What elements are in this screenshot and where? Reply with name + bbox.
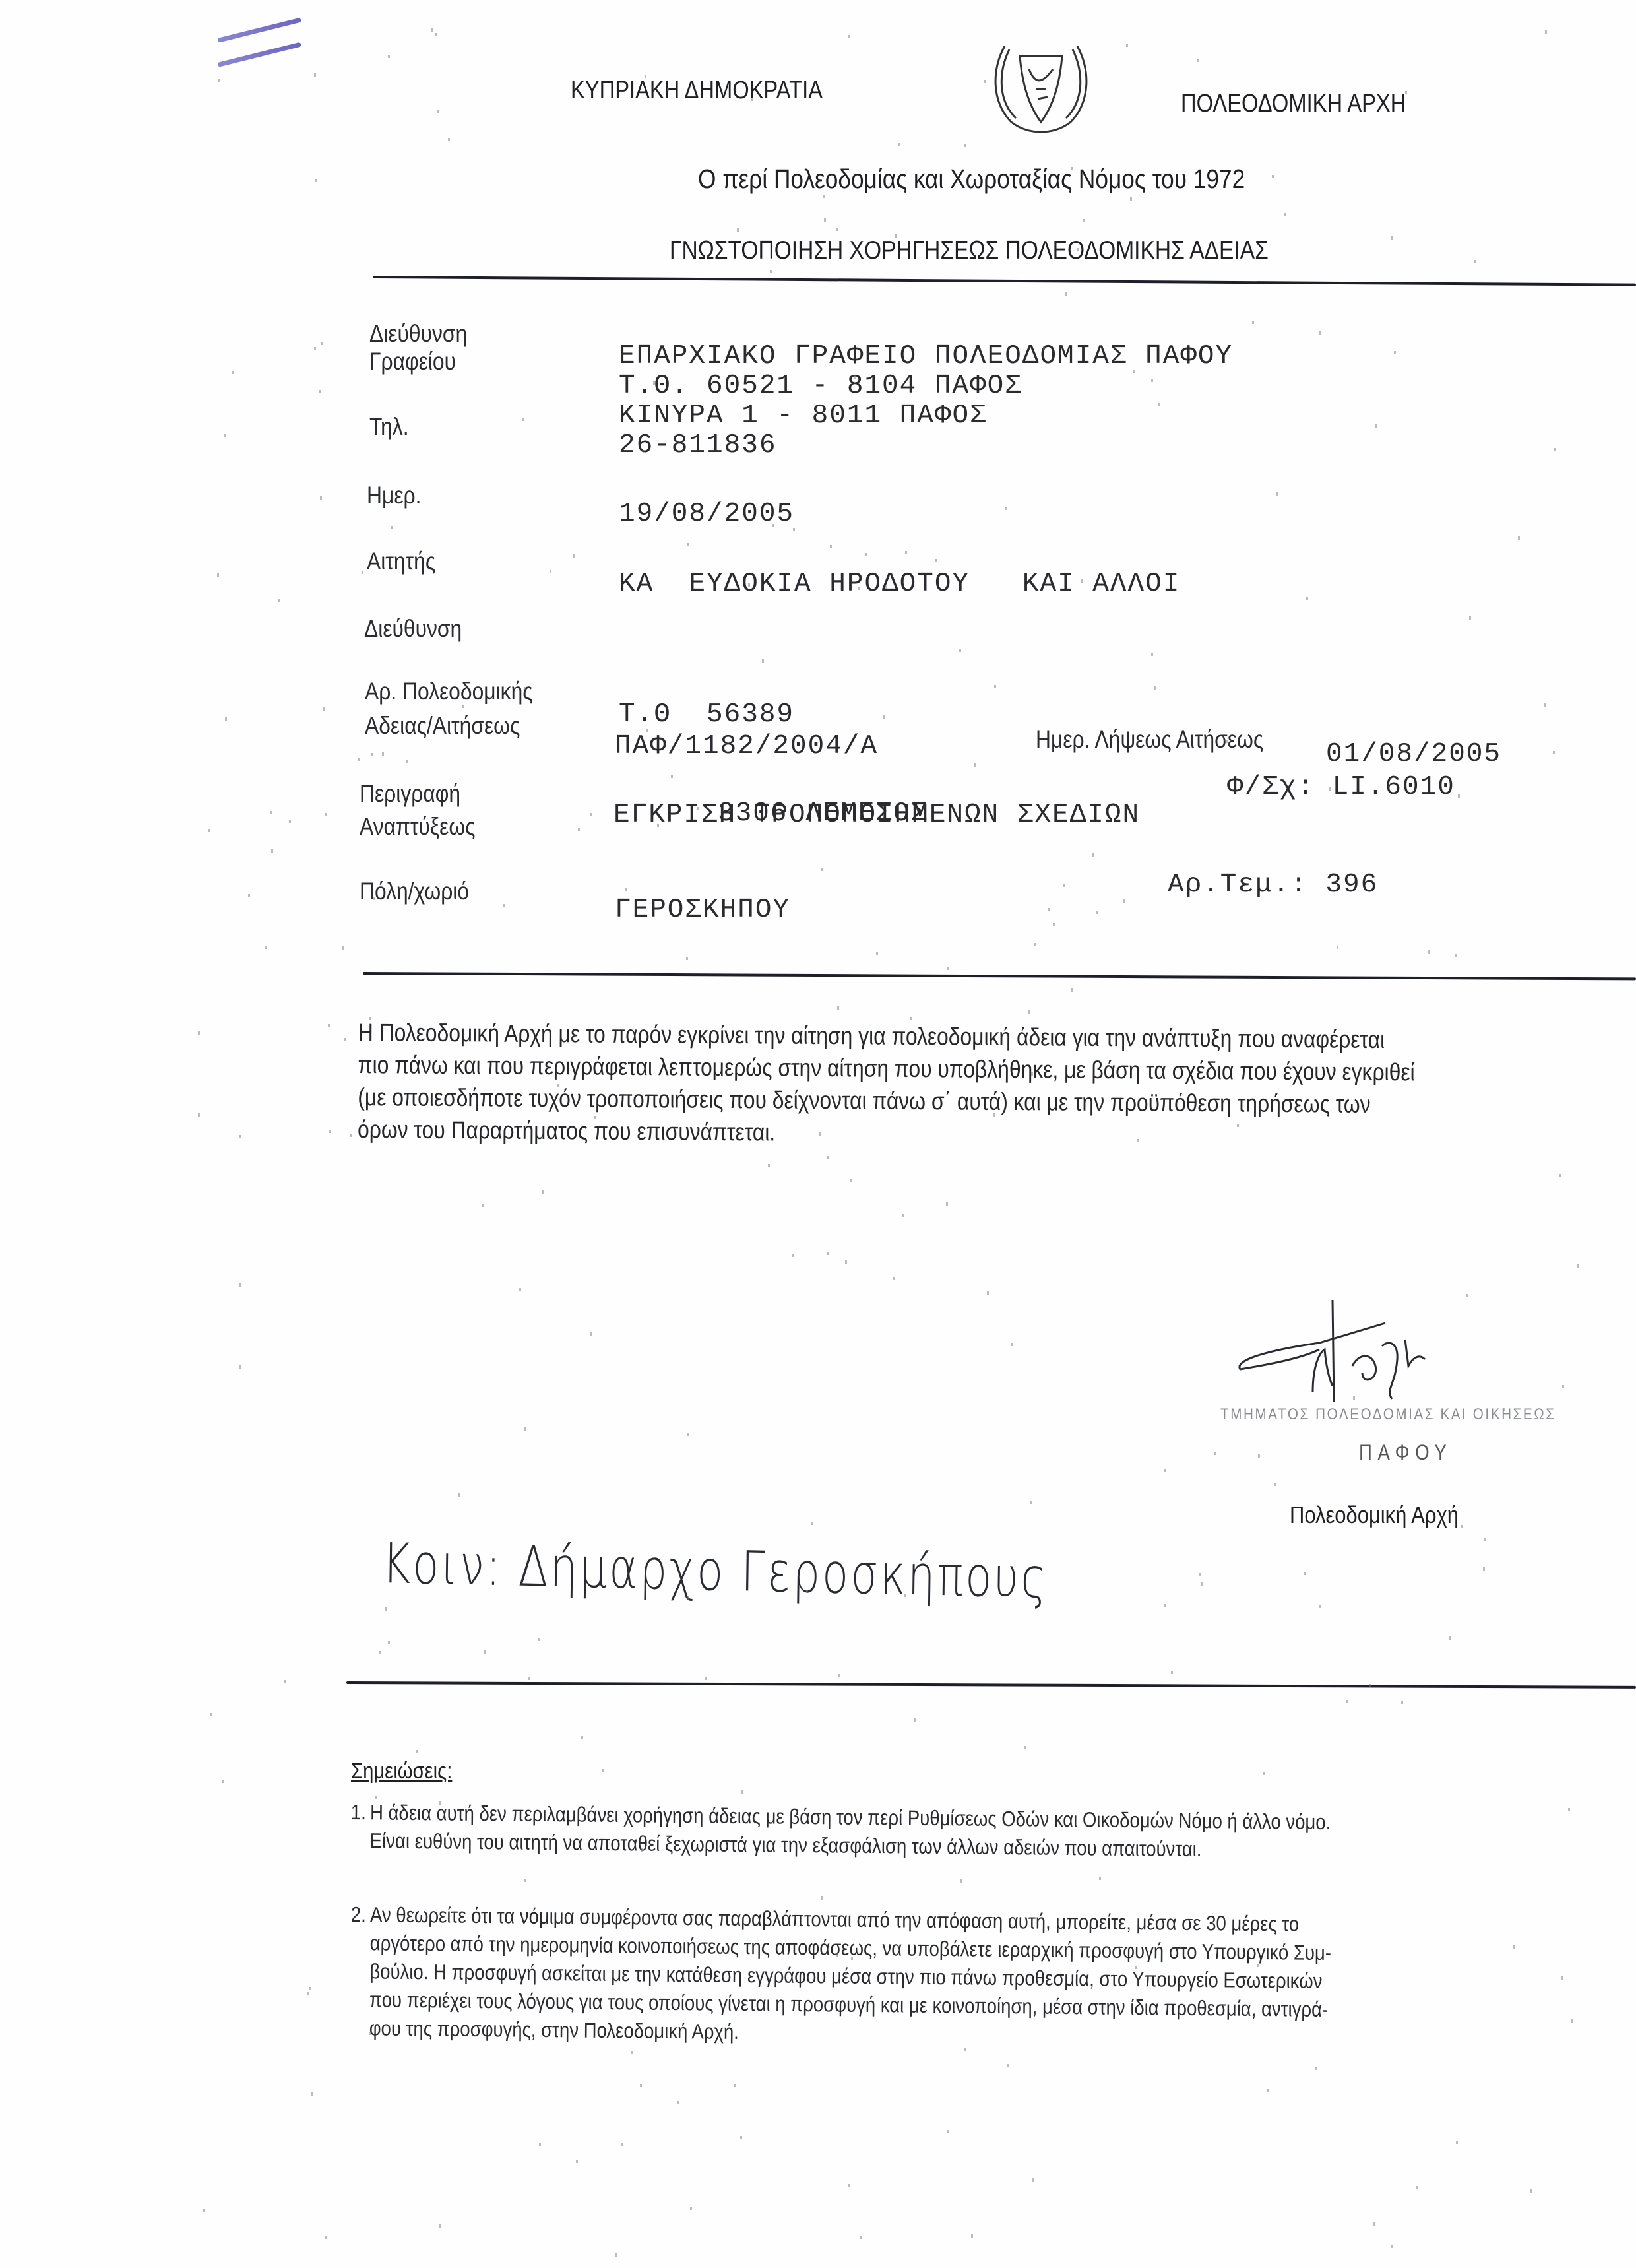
speck	[522, 418, 524, 421]
office-address-value: ΕΠΑΡΧΙΑΚΟ ΓΡΑΦΕΙΟ ΠΟΛΕΟΔΟΜΙΑΣ ΠΑΦΟΥ Τ.Θ.…	[619, 342, 1233, 461]
speck	[1043, 346, 1045, 350]
speck	[1005, 507, 1007, 510]
speck	[990, 1844, 992, 1847]
speck	[284, 1680, 286, 1683]
speck	[821, 1896, 823, 1900]
speck	[905, 551, 907, 554]
speck	[1226, 740, 1228, 743]
speck	[994, 685, 996, 688]
speck	[1458, 794, 1460, 798]
speck	[1416, 2186, 1418, 2189]
speck	[1024, 1746, 1026, 1749]
speck	[848, 2184, 850, 2187]
speck	[382, 752, 384, 756]
parcel-no-value: Αρ.Τεμ.: 396	[1168, 870, 1378, 900]
speck	[1257, 1964, 1259, 1967]
speck	[1151, 379, 1153, 382]
speck	[893, 1277, 895, 1280]
speck	[314, 73, 316, 77]
speck	[311, 2092, 313, 2096]
speck	[883, 715, 885, 719]
speck	[621, 2143, 623, 2146]
speck	[462, 705, 464, 708]
speck	[1237, 1124, 1239, 1127]
speck	[1274, 1483, 1276, 1486]
permit-no-value: ΠΑΦ/1182/2004/Α	[615, 731, 878, 761]
speck	[1405, 91, 1407, 94]
speck	[1258, 1454, 1260, 1458]
speck	[385, 1607, 387, 1611]
speck	[314, 347, 316, 350]
speck	[1518, 536, 1520, 540]
speck	[793, 528, 795, 531]
speck	[964, 144, 966, 147]
speck	[854, 375, 856, 379]
speck	[687, 1596, 689, 1600]
speck	[373, 897, 375, 900]
speck	[369, 1017, 371, 1020]
speck	[646, 729, 648, 732]
receipt-date-label: Ημερ. Λήψεως Αιτήσεως	[1036, 726, 1263, 754]
office-address-label: Διεύθυνση Γραφείου	[369, 320, 467, 375]
speck	[1123, 899, 1125, 903]
speck	[1065, 292, 1067, 296]
speck	[865, 553, 867, 556]
speck	[964, 2048, 966, 2051]
speck	[1151, 653, 1153, 656]
speck	[734, 2084, 736, 2087]
speck	[993, 1113, 995, 1117]
speck	[578, 828, 580, 831]
stamp-text: ΤΜΗΜΑΤΟΣ ΠΟΛΕΟΔΟΜΙΑΣ ΚΑΙ ΟΙΚΗΣΕΩΣ	[1220, 1406, 1556, 1424]
speck	[1401, 1701, 1403, 1704]
speck	[437, 110, 439, 113]
date-value: 19/08/2005	[619, 499, 794, 529]
town-label: Πόλη/χωριό	[360, 878, 469, 905]
speck	[667, 88, 669, 91]
speck	[1272, 175, 1274, 178]
speck	[740, 2136, 742, 2139]
speck	[946, 1202, 948, 1206]
speck	[947, 2130, 949, 2133]
speck	[358, 758, 360, 761]
speck	[222, 1780, 224, 1783]
speck	[947, 967, 949, 970]
speck	[827, 1156, 829, 1159]
speck	[203, 2209, 205, 2212]
divider	[373, 276, 1636, 286]
speck	[1456, 2141, 1458, 2144]
speck	[271, 849, 273, 853]
speck	[845, 1972, 847, 1975]
speck	[416, 1750, 418, 1753]
speck	[741, 1790, 743, 1794]
speck	[1394, 351, 1396, 354]
speck	[1562, 1385, 1564, 1388]
stamp-city: ΠΑΦΟΥ	[1359, 1441, 1452, 1465]
speck	[1032, 2178, 1034, 2182]
speck	[1007, 2064, 1009, 2067]
speck	[1450, 1511, 1452, 1514]
speck	[232, 371, 234, 374]
speck	[1267, 2089, 1269, 2092]
permit-no-label: Αρ. Πολεοδομικής Αδειας/Αιτήσεως	[365, 674, 533, 743]
speck	[439, 1801, 441, 1805]
speck	[1071, 167, 1073, 170]
speck	[1252, 321, 1254, 324]
note-number: 2.	[351, 1900, 371, 1929]
speck	[573, 554, 575, 558]
speck	[904, 1594, 906, 1597]
speck	[987, 1291, 989, 1295]
office-line: Τ.Θ. 60521 - 8104 ΠΑΦΟΣ	[619, 372, 1233, 401]
speck	[319, 390, 321, 393]
speck	[1474, 260, 1476, 263]
speck	[270, 811, 272, 814]
divider	[346, 1681, 1636, 1689]
speck	[858, 587, 860, 590]
speck	[482, 1204, 484, 1207]
speck	[1171, 1671, 1173, 1674]
sheet-plan-value: Φ/Σχ: LI.6010	[1227, 772, 1455, 802]
speck	[960, 1879, 962, 1883]
speck	[1130, 197, 1132, 201]
speck	[1164, 1469, 1166, 1472]
speck	[1263, 1772, 1265, 1775]
speck	[1346, 1700, 1348, 1703]
speck	[342, 946, 344, 950]
speck	[1329, 787, 1331, 791]
speck	[737, 228, 739, 232]
office-line: ΕΠΑΡΧΙΑΚΟ ΓΡΑΦΕΙΟ ΠΟΛΕΟΔΟΜΙΑΣ ΠΑΦΟΥ	[619, 342, 1233, 372]
speck	[309, 1987, 311, 1990]
speck	[524, 1427, 526, 1431]
speck	[388, 1641, 390, 1644]
speck	[539, 2143, 541, 2146]
speck	[860, 2236, 862, 2239]
speck	[1031, 1072, 1033, 1076]
speck	[239, 1365, 241, 1369]
label-line: Περιγραφή	[360, 777, 475, 810]
speck	[1048, 908, 1050, 911]
speck	[1133, 370, 1135, 373]
speck	[851, 1957, 853, 1960]
speck	[1373, 2222, 1375, 2226]
speck	[690, 2207, 692, 2210]
speck	[830, 545, 832, 548]
speck	[307, 1992, 309, 1995]
speck	[484, 1650, 486, 1654]
speck	[325, 2236, 327, 2239]
speck	[657, 824, 659, 827]
speck	[686, 957, 688, 960]
speck	[848, 35, 850, 38]
speck	[448, 138, 450, 141]
speck	[821, 868, 823, 871]
speck	[1554, 448, 1556, 451]
speck	[528, 1677, 530, 1680]
speck	[431, 28, 433, 32]
applicant-label: Αιτητής	[367, 548, 435, 575]
speck	[641, 1848, 643, 1852]
speck	[371, 753, 373, 756]
speck	[557, 1084, 559, 1087]
speck	[971, 2234, 973, 2238]
speck	[379, 1651, 381, 1654]
speck	[895, 234, 897, 238]
speck	[751, 98, 753, 101]
speck	[1081, 579, 1083, 583]
speck	[1126, 44, 1128, 47]
speck	[328, 1024, 330, 1027]
speck	[762, 659, 764, 663]
speck	[811, 1522, 813, 1525]
speck	[1337, 946, 1338, 949]
speck	[1083, 219, 1085, 222]
speck	[602, 1769, 604, 1772]
speck	[824, 218, 826, 222]
speck	[984, 80, 986, 83]
speck	[1137, 1139, 1139, 1142]
speck	[1306, 597, 1308, 600]
pen-mark	[217, 18, 301, 43]
document-title: ΓΝΩΣΤΟΠΟΙΗΣΗ ΧΟΡΗΓΗΣΕΩΣ ΠΟΛΕΟΔΟΜΙΚΗΣ ΑΔΕ…	[670, 236, 1269, 265]
speck	[1319, 1605, 1321, 1608]
speck	[837, 1006, 839, 1010]
note-number: 1.	[351, 1798, 371, 1827]
speck	[677, 2101, 679, 2104]
speck	[1503, 1408, 1505, 1411]
speck	[239, 1283, 241, 1287]
speck	[1484, 1538, 1486, 1541]
speck	[806, 1590, 808, 1593]
town-value: ΓΕΡΟΣΚΗΠΟΥ	[615, 895, 790, 925]
speck	[439, 2224, 441, 2228]
speck	[1391, 2245, 1393, 2248]
receipt-date-value: 01/08/2005	[1326, 739, 1501, 769]
speck	[1319, 331, 1321, 335]
speck	[503, 904, 505, 907]
speck	[536, 1998, 538, 2001]
speck	[836, 1953, 838, 1957]
speck	[772, 524, 774, 527]
speck	[1375, 424, 1377, 428]
speck	[705, 1677, 707, 1680]
speck	[1276, 492, 1278, 496]
divider	[363, 972, 1636, 980]
speck	[1369, 1684, 1371, 1687]
speck	[1461, 1525, 1463, 1528]
label-line: Αδειας/Αιτήσεως	[365, 709, 533, 743]
speck	[1158, 403, 1160, 406]
law-title: Ο περί Πολεοδομίας και Χωροταξίας Νόμος …	[698, 164, 1245, 195]
speck	[1197, 59, 1199, 62]
speck	[1353, 1396, 1355, 1400]
speck	[671, 775, 673, 778]
speck	[1096, 911, 1098, 914]
speck	[1530, 2189, 1532, 2193]
speck	[902, 1214, 904, 1217]
speck	[217, 573, 219, 577]
phone-value: 26-811836	[619, 431, 1233, 461]
speck	[850, 1179, 852, 1182]
speck	[792, 1254, 794, 1257]
address-label: Διεύθυνση	[364, 615, 462, 643]
speck	[594, 1116, 596, 1119]
speck	[1568, 1808, 1570, 1811]
office-line: ΚΙΝΥΡΑ 1 - 8011 ΠΑΦΟΣ	[619, 401, 1233, 431]
speck	[458, 1493, 460, 1497]
header-right-title: ΠΟΛΕΟΔΟΜΙΚΗ ΑΡΧΗ	[1181, 90, 1406, 118]
speck	[1545, 30, 1547, 34]
speck	[1559, 1174, 1561, 1177]
speck	[1092, 853, 1094, 857]
speck	[590, 813, 592, 816]
speck	[1428, 950, 1430, 954]
speck	[265, 946, 267, 949]
speck	[827, 1252, 829, 1255]
speck	[625, 888, 627, 891]
phone-label: Τηλ.	[369, 413, 409, 441]
address-line: Τ.Θ 56389	[619, 698, 928, 731]
cyprus-coat-of-arms-icon	[975, 36, 1107, 142]
speck	[1063, 884, 1065, 887]
header-left-title: ΚΥΠΡΙΑΚΗ ΔΗΜΟΚΡΑΤΙΑ	[571, 77, 823, 105]
speck	[538, 1638, 540, 1641]
speck	[653, 381, 655, 385]
speck	[631, 2051, 633, 2054]
speck	[524, 1879, 526, 1882]
speck	[935, 559, 937, 562]
label-line: Διεύθυνση	[369, 320, 467, 348]
note-item-1: 1.Η άδεια αυτή δεν περιλαμβάνει χορήγηση…	[350, 1798, 1331, 1865]
speck	[1577, 1264, 1579, 1268]
speck	[1053, 923, 1055, 926]
speck	[406, 760, 408, 763]
speck	[198, 1031, 200, 1035]
speck	[974, 763, 976, 767]
speck	[344, 1038, 346, 1041]
speck	[1030, 1501, 1032, 1504]
speck	[1135, 1966, 1137, 1969]
speck	[1214, 1452, 1216, 1455]
speck	[248, 894, 250, 897]
speck	[1544, 703, 1546, 707]
speck	[1099, 1877, 1101, 1880]
speck	[320, 496, 322, 500]
speck	[1011, 1343, 1013, 1346]
speck	[239, 1135, 241, 1138]
pen-mark	[217, 42, 301, 67]
speck	[687, 1433, 689, 1436]
approval-paragraph: Η Πολεοδομική Αρχή με το παρόν εγκρίνει …	[358, 1016, 1415, 1153]
speck	[315, 179, 317, 182]
speck	[645, 75, 646, 78]
speck	[581, 1736, 583, 1739]
speck	[748, 583, 750, 587]
speck	[210, 1713, 212, 1716]
handwritten-cc-note: Κοιν: Δήμαρχο Γεροσκήπους	[382, 1531, 1049, 1611]
speck	[615, 2253, 617, 2257]
speck	[838, 1674, 840, 1677]
date-label: Ημερ.	[367, 482, 421, 509]
speck	[225, 717, 227, 721]
speck	[914, 1718, 916, 1722]
speck	[640, 2084, 642, 2087]
speck	[1284, 213, 1286, 216]
speck	[687, 543, 689, 546]
applicant-value: ΚΑ ΕΥΔΟΚΙΑ ΗΡΟΔΟΤΟΥ ΚΑΙ ΑΛΛΟΙ	[619, 569, 1180, 599]
speck	[1449, 1636, 1451, 1640]
speck	[388, 55, 390, 58]
speck	[278, 599, 280, 602]
speck	[1034, 943, 1036, 946]
speck	[1466, 1294, 1468, 1297]
speck	[959, 649, 961, 652]
speck	[576, 2160, 578, 2163]
speck	[369, 2032, 371, 2035]
label-line: Αρ. Πολεοδομικής	[365, 674, 533, 709]
speck	[823, 195, 825, 198]
speck	[845, 1260, 847, 1264]
speck	[770, 270, 772, 273]
speck	[329, 1130, 331, 1133]
speck	[323, 707, 325, 711]
speck	[1315, 2067, 1317, 2070]
speck	[224, 434, 226, 437]
speck	[1154, 686, 1156, 690]
speck	[289, 820, 291, 823]
speck	[910, 1017, 912, 1020]
description-value: ΕΓΚΡΙΣΗ ΤΡΟΠΟΠΟΙΗΜΕΝΩΝ ΣΧΕΔΙΩΝ	[613, 800, 1140, 830]
speck	[590, 1332, 592, 1336]
speck	[1071, 988, 1073, 992]
speck	[819, 1132, 821, 1136]
speck	[435, 33, 437, 36]
speck	[1028, 1010, 1030, 1014]
speck	[885, 585, 887, 589]
signatory-title: Πολεοδομική Αρχή	[1290, 1501, 1459, 1529]
speck	[898, 143, 900, 146]
speck	[697, 807, 699, 810]
note-item-2: 2.Αν θεωρείτε ότι τα νόμιμα συμφέροντα σ…	[350, 1900, 1331, 2052]
speck	[1164, 1604, 1166, 1607]
speck	[1469, 616, 1471, 620]
speck	[208, 829, 210, 832]
speck	[768, 1164, 770, 1167]
speck	[350, 1134, 352, 1137]
speck	[1513, 1945, 1515, 1949]
speck	[1483, 1567, 1485, 1571]
speck	[519, 1288, 521, 1291]
speck	[375, 1796, 377, 1799]
speck	[321, 342, 323, 345]
speck	[1553, 751, 1555, 754]
speck	[1571, 2019, 1573, 2023]
speck	[391, 526, 393, 529]
speck	[362, 571, 363, 574]
speck	[325, 813, 327, 816]
signature	[1220, 1287, 1497, 1406]
speck	[1077, 248, 1079, 251]
speck	[1455, 954, 1457, 957]
speck	[876, 952, 878, 955]
speck	[1201, 1582, 1203, 1586]
speck	[542, 1190, 544, 1194]
speck	[1391, 236, 1393, 240]
speck	[836, 228, 838, 231]
speck	[1304, 1572, 1306, 1575]
